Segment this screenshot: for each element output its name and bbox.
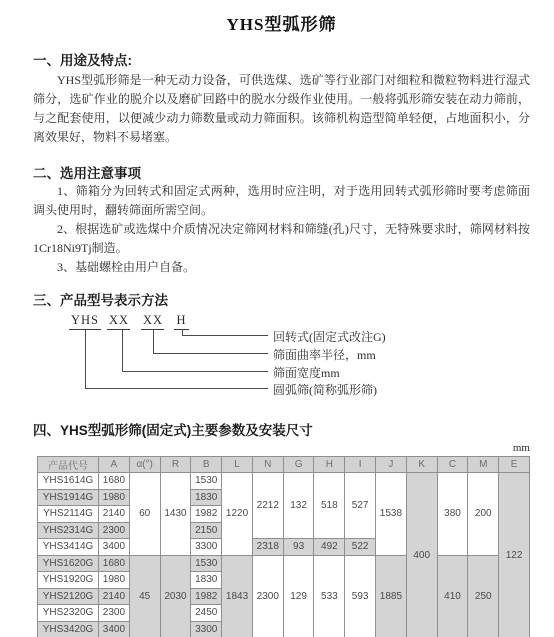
table-cell: 380 [437, 473, 468, 556]
table-cell: 45 [129, 555, 160, 637]
section2-item-2: 2、根据选矿或选煤中介质情况决定筛网材料和筛缝(孔)尺寸，无特殊要求时，筛网材料… [33, 220, 530, 258]
table-cell: 250 [468, 555, 499, 637]
table-cell: 522 [345, 539, 376, 556]
table-cell: 129 [283, 555, 314, 637]
section1-paragraph: YHS型弧形筛是一种无动力设备，可供选煤、选矿等行业部门对细粒和微粒物料进行湿式… [33, 71, 530, 147]
table-cell: 93 [283, 539, 314, 556]
table-cell: 1980 [99, 489, 130, 506]
diagram-label-screen-width: 筛面宽度mm [273, 364, 340, 381]
table-cell: YHS2314G [38, 522, 99, 539]
table-cell: 2140 [99, 588, 130, 605]
table-cell: 2300 [99, 522, 130, 539]
table-cell: 60 [129, 473, 160, 556]
table-cell: 2140 [99, 506, 130, 523]
column-header: N [252, 457, 283, 473]
table-cell: 3300 [191, 539, 222, 556]
table-cell: 1980 [99, 572, 130, 589]
table-cell: YHS1920G [38, 572, 99, 589]
table-cell: 400 [406, 473, 437, 637]
table-cell: 1220 [222, 473, 253, 556]
document-page: YHS型弧形筛 一、用途及特点: YHS型弧形筛是一种无动力设备，可供选煤、选矿… [0, 0, 554, 637]
table-cell: YHS1914G [38, 489, 99, 506]
table-cell: 1430 [160, 473, 191, 556]
table-cell: YHS1614G [38, 473, 99, 490]
section1-heading: 一、用途及特点: [33, 49, 530, 69]
table-cell: 2300 [252, 555, 283, 637]
table-cell: 2318 [252, 539, 283, 556]
table-cell: YHS3414G [38, 539, 99, 556]
table-header-row: 产品代号Aα(°)RBLNGHIJKCME [38, 457, 530, 473]
table-cell: 593 [345, 555, 376, 637]
doc-title: YHS型弧形筛 [33, 10, 530, 35]
table-cell: 3400 [99, 621, 130, 637]
table-cell: 3400 [99, 539, 130, 556]
table-cell: 533 [314, 555, 345, 637]
section2-item-3: 3、基础螺栓由用户自备。 [33, 258, 530, 277]
model-code-width-field: XX [107, 313, 130, 330]
column-header: K [406, 457, 437, 473]
column-header: J [376, 457, 407, 473]
table-cell: YHS2120G [38, 588, 99, 605]
column-header: H [314, 457, 345, 473]
table-cell: 2030 [160, 555, 191, 637]
table-cell: 2212 [252, 473, 283, 539]
diagram-label-curvature-radius: 筛面曲率半径，mm [273, 346, 376, 363]
diagram-label-arc-screen: 圆弧筛(简称弧形筛) [273, 381, 377, 398]
table-cell: 2150 [191, 522, 222, 539]
column-header: G [283, 457, 314, 473]
column-header: I [345, 457, 376, 473]
table-cell: 1530 [191, 555, 222, 572]
table-cell: YHS1620G [38, 555, 99, 572]
connector-line [85, 329, 268, 389]
column-header: R [160, 457, 191, 473]
column-header: E [499, 457, 530, 473]
model-code-type-field: H [174, 313, 189, 330]
table-cell: 410 [437, 555, 468, 637]
table-cell: 200 [468, 473, 499, 556]
model-code-radius-field: XX [141, 313, 164, 330]
table-cell: YHS2320G [38, 605, 99, 622]
parameters-table: 产品代号Aα(°)RBLNGHIJKCME YHS1614G1680601430… [37, 456, 530, 637]
table-cell: 1843 [222, 555, 253, 637]
section3-heading: 三、产品型号表示方法 [33, 289, 530, 309]
section2-item-1: 1、筛箱分为回转式和固定式两种，选用时应注明，对于选用回转式弧形筛时要考虑筛面调… [33, 182, 530, 220]
table-cell: 2450 [191, 605, 222, 622]
table-cell: 1530 [191, 473, 222, 490]
table-cell: 122 [499, 473, 530, 637]
diagram-label-rotary-type: 回转式(固定式改注G) [273, 328, 386, 345]
column-header: α(°) [129, 457, 160, 473]
section2-heading: 二、选用注意事项 [33, 162, 530, 182]
section4-heading: 四、YHS型弧形筛(固定式)主要参数及安装尺寸 [33, 419, 530, 439]
model-code-prefix: YHS [69, 313, 101, 330]
column-header: B [191, 457, 222, 473]
column-header: M [468, 457, 499, 473]
table-cell: 3300 [191, 621, 222, 637]
table-cell: 518 [314, 473, 345, 539]
table-cell: 1538 [376, 473, 407, 556]
table-cell: 1885 [376, 555, 407, 637]
column-header: C [437, 457, 468, 473]
table-cell: 1830 [191, 572, 222, 589]
table-cell: 2300 [99, 605, 130, 622]
table-cell: 1680 [99, 555, 130, 572]
table-cell: 527 [345, 473, 376, 539]
table-row: YHS1614G16806014301530122022121325185271… [38, 473, 530, 490]
table-cell: 1982 [191, 506, 222, 523]
table-row: YHS1620G16804520301530184323001295335931… [38, 555, 530, 572]
table-cell: 1830 [191, 489, 222, 506]
table-cell: 132 [283, 473, 314, 539]
table-cell: 1982 [191, 588, 222, 605]
table-cell: 492 [314, 539, 345, 556]
column-header: L [222, 457, 253, 473]
column-header: A [99, 457, 130, 473]
table-unit-label: mm [33, 442, 530, 454]
table-cell: 1680 [99, 473, 130, 490]
table-cell: YHS3420G [38, 621, 99, 637]
table-cell: YHS2114G [38, 506, 99, 523]
model-code-diagram: YHS XX XX H 回转式(固定式改注G) 筛面曲率半径，mm 筛面宽度mm… [33, 313, 530, 405]
column-header: 产品代号 [38, 457, 99, 473]
